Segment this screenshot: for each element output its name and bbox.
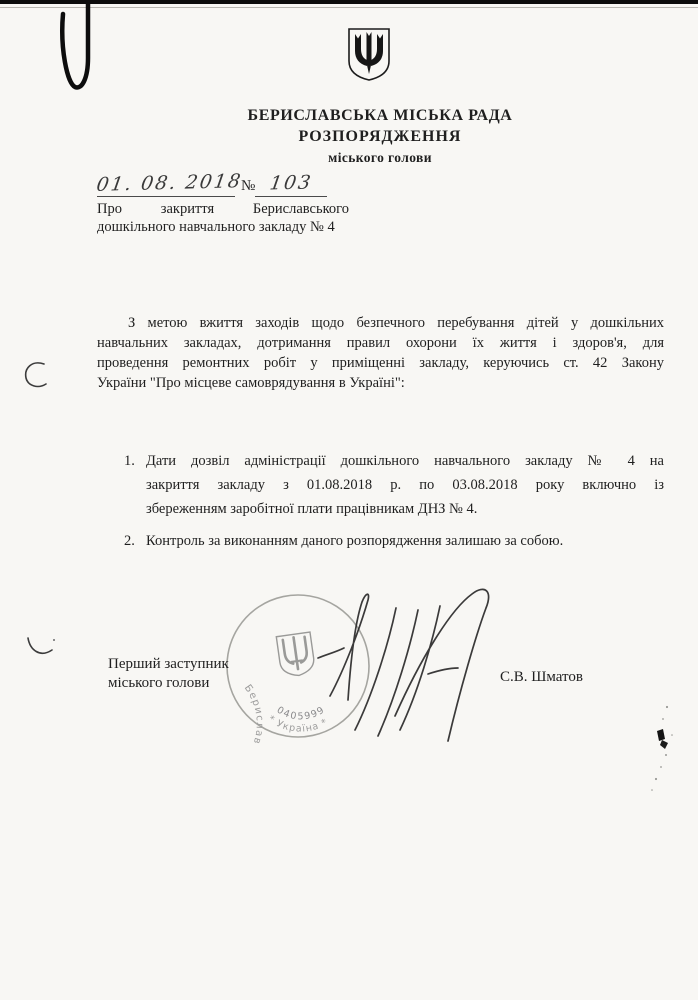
document-header: БЕРИСЛАВСЬКА МІСЬКА РАДА РОЗПОРЯДЖЕННЯ м… bbox=[62, 106, 698, 166]
paragraph-line: проведення ремонтних робіт у приміщенні … bbox=[97, 353, 664, 373]
item-number: 2. bbox=[124, 529, 135, 553]
signer-title-line: Перший заступник bbox=[108, 655, 229, 674]
handwritten-signature bbox=[300, 578, 515, 763]
margin-pen-mark bbox=[24, 632, 60, 664]
item-line: закриття закладу з 01.08.2018 р. по 03.0… bbox=[146, 473, 664, 497]
scan-edge-bar bbox=[0, 0, 698, 4]
paperclip-shadow-mark bbox=[50, 0, 100, 96]
preamble-paragraph: З метою вжиття заходів щодо безпечного п… bbox=[97, 313, 664, 393]
scan-edge-hairline bbox=[0, 7, 698, 8]
paragraph-line: навчальних закладах, дотримання правил о… bbox=[97, 333, 664, 353]
signer-title: Перший заступник міського голови bbox=[108, 655, 229, 693]
document-type-title: РОЗПОРЯДЖЕННЯ bbox=[62, 127, 698, 147]
margin-pen-mark bbox=[18, 358, 54, 394]
item-line: Дати дозвіл адміністрації дошкільного на… bbox=[146, 449, 664, 473]
item-line: Контроль за виконанням даного розпорядже… bbox=[146, 529, 664, 553]
scanned-document-page: БЕРИСЛАВСЬКА МІСЬКА РАДА РОЗПОРЯДЖЕННЯ м… bbox=[0, 0, 698, 1000]
organization-name: БЕРИСЛАВСЬКА МІСЬКА РАДА bbox=[62, 106, 698, 126]
document-subtitle: міського голови bbox=[62, 150, 698, 166]
order-item-1: 1. Дати дозвіл адміністрації дошкільного… bbox=[124, 449, 664, 525]
paragraph-line: З метою вжиття заходів щодо безпечного п… bbox=[97, 313, 664, 333]
subject-line: дошкільного навчального закладу № 4 bbox=[97, 219, 349, 237]
order-item-2: 2. Контроль за виконанням даного розпоря… bbox=[124, 529, 664, 555]
ukraine-tryzub-emblem-icon bbox=[346, 27, 392, 83]
paragraph-line: України "Про місцеве самоврядування в Ук… bbox=[97, 373, 664, 393]
handwritten-date: 01. 08. 2018 bbox=[97, 172, 235, 197]
item-number: 1. bbox=[124, 449, 135, 473]
ink-smudge bbox=[625, 695, 695, 795]
signer-title-line: міського голови bbox=[108, 674, 229, 693]
handwritten-number: 103 bbox=[255, 172, 327, 197]
subject-line: Про закриття Бериславського bbox=[97, 201, 349, 219]
item-line: збереженням заробітної плати працівникам… bbox=[146, 497, 664, 521]
number-sign: № bbox=[241, 178, 255, 197]
document-subject: Про закриття Бериславського дошкільного … bbox=[97, 201, 349, 236]
date-number-line: 01. 08. 2018№103 bbox=[97, 172, 327, 198]
signer-name: С.В. Шматов bbox=[500, 669, 583, 686]
